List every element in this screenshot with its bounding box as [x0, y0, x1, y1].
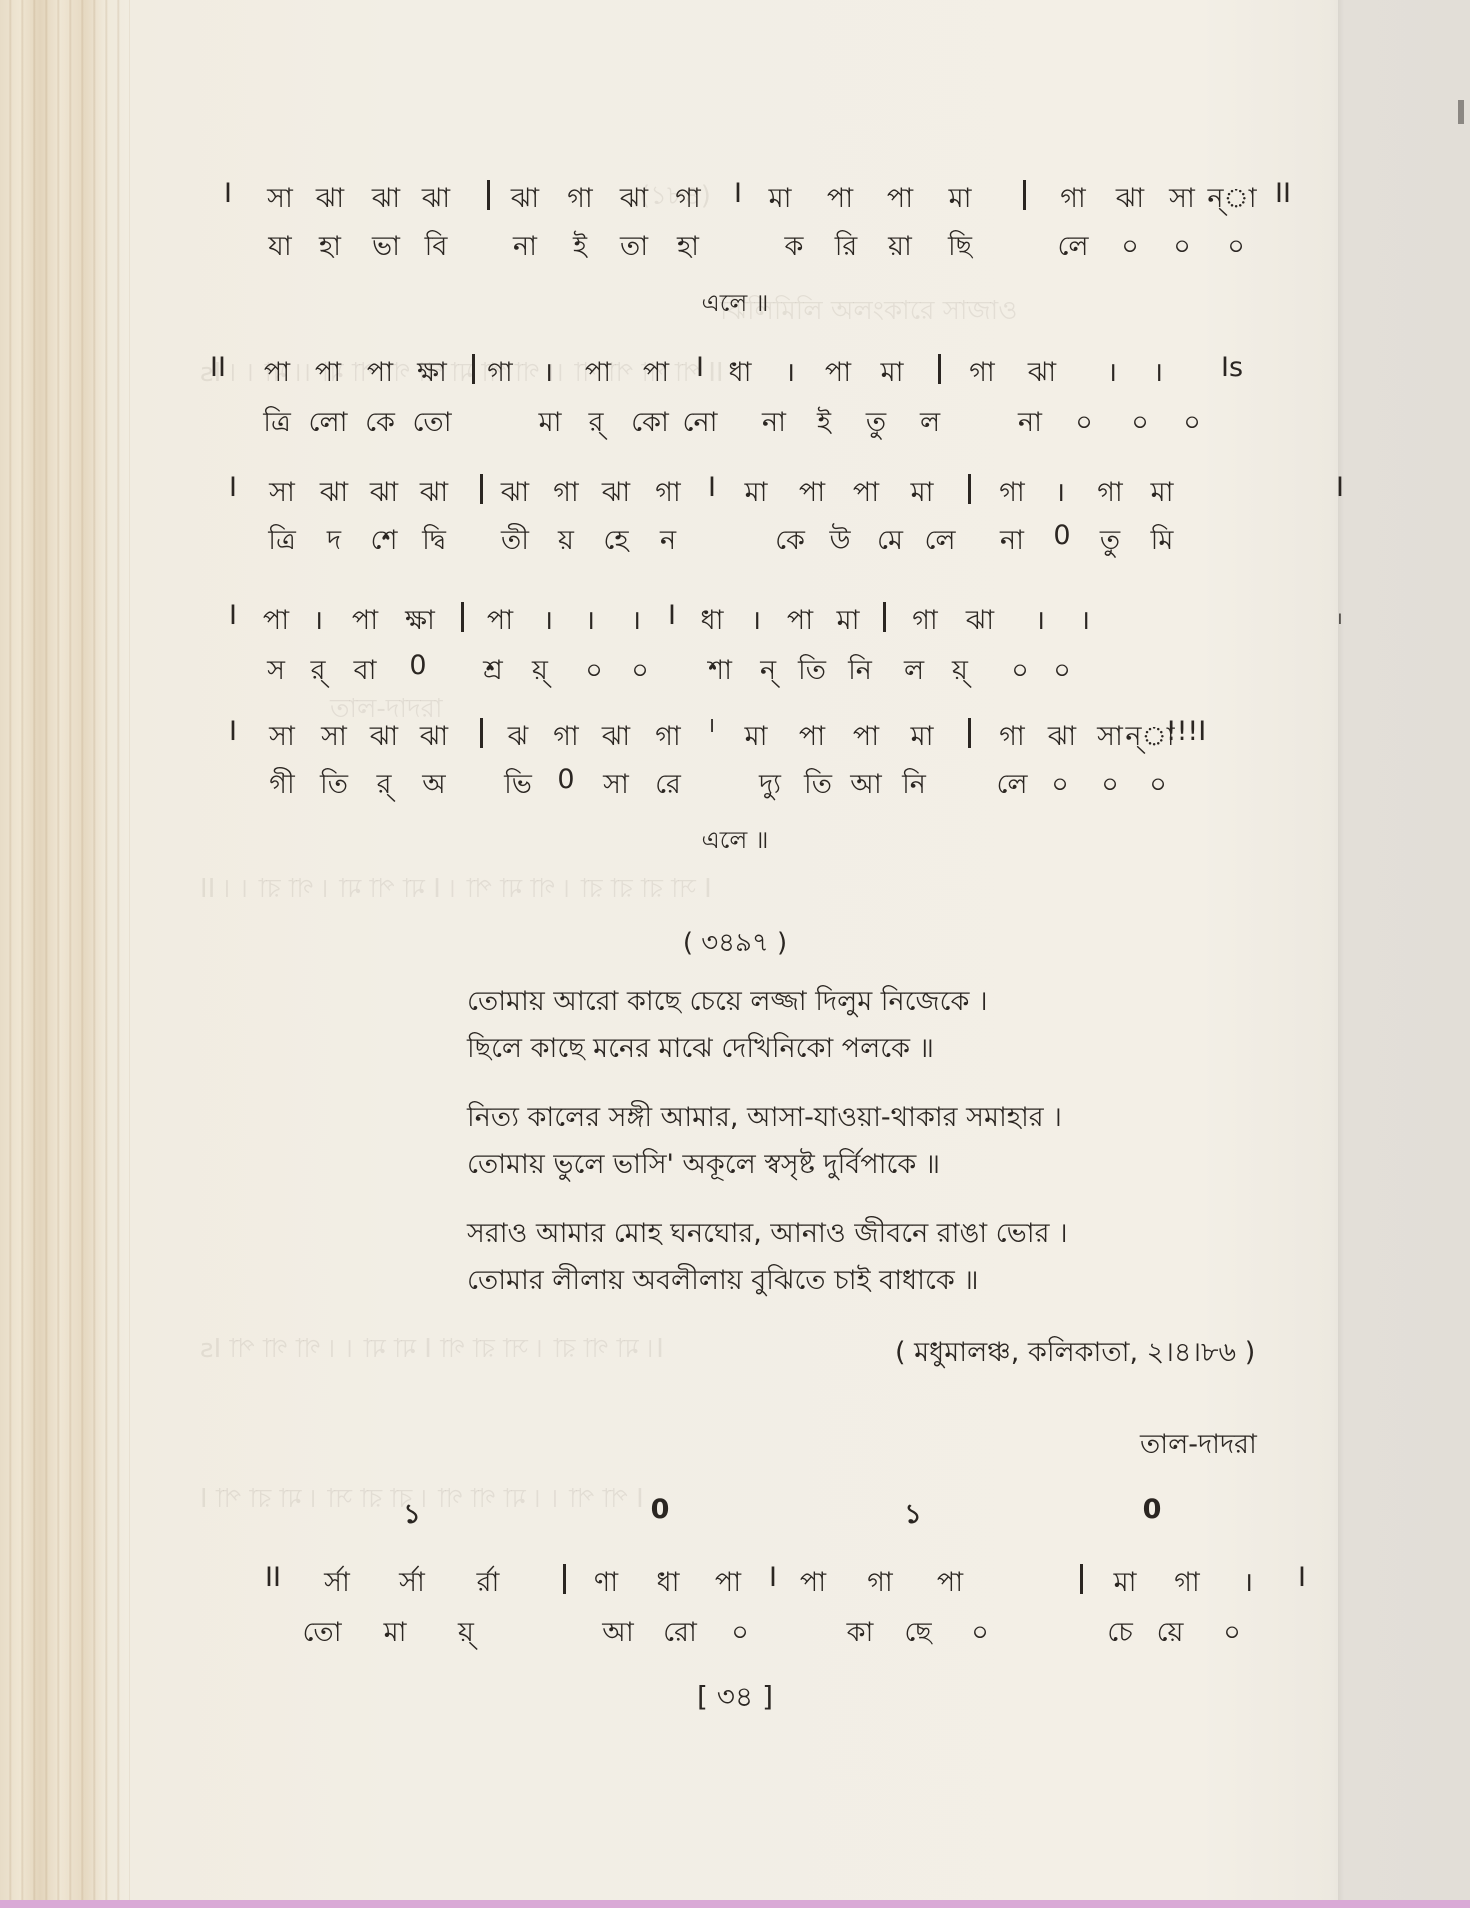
swara-note: ।: [631, 600, 641, 637]
swara-note: পা: [264, 352, 290, 397]
lyric-syllable: 0: [409, 650, 426, 681]
lyric-syllable: চে: [1107, 1612, 1133, 1657]
facing-page-mark: [1458, 100, 1464, 124]
beat-divider: [1023, 180, 1026, 210]
stanza: তোমায় আরো কাছে চেয়ে লজ্জা দিলুম নিজেকে…: [467, 983, 1068, 1077]
swara-note: সা: [321, 716, 347, 761]
lyric-syllable: তি: [804, 764, 832, 809]
lyric-syllable: ০: [1149, 764, 1167, 809]
lyric-syllable: কো: [631, 402, 669, 447]
lyric-row: তো মা য়্ আ রো ০ কা ছে ০ চে য়ে ০: [0, 1612, 1470, 1652]
lyric-line: ছিলে কাছে মনের মাঝে দেখিনিকো পলকে ॥: [467, 1030, 1068, 1077]
lyric-syllable: শ্র: [483, 650, 503, 695]
lyric-syllable: শা: [708, 650, 732, 695]
lyric-syllable: কে: [365, 402, 395, 447]
swara-note: ।: [585, 600, 595, 637]
beat-divider: [472, 354, 475, 384]
lyric-syllable: য়ে: [1157, 1612, 1184, 1657]
beat-divider: [480, 474, 483, 504]
lyric-syllable: নো: [683, 402, 718, 447]
lyric-syllable: না: [762, 402, 786, 447]
swara-note: ।: [313, 600, 323, 637]
swara-note: পা: [853, 716, 879, 761]
bar-marker: I: [696, 352, 704, 383]
bar-marker: !!!I: [1166, 716, 1206, 747]
beat-divider: [461, 602, 464, 632]
lyric-syllable: তি: [798, 650, 826, 695]
beat-divider: [487, 180, 490, 210]
composition-credit: ( মধুমালঞ্চ, কলিকাতা, ২।৪।৮৬ ): [895, 1332, 1255, 1377]
swara-note: পা: [263, 600, 289, 645]
lyric-syllable: 0: [557, 764, 574, 795]
bar-marker: I: [229, 600, 237, 631]
swara-note: র্রা: [477, 1562, 500, 1607]
taal-mark: 0: [651, 1494, 670, 1525]
swara-note: ঝা: [320, 472, 348, 517]
beat-divider: [1080, 1564, 1083, 1594]
lyric-line: নিত্য কালের সঙ্গী আমার, আসা-যাওয়া-থাকার…: [467, 1099, 1068, 1146]
lyric-syllable: উ: [829, 520, 850, 565]
lyric-syllable: শে: [371, 520, 398, 565]
lyric-syllable: ০: [1183, 402, 1201, 447]
swara-note: সা: [269, 472, 295, 517]
swara-note: ঝা: [501, 472, 529, 517]
lyric-row: গী তি র্ অ ভি 0 সা রে দ্যু তি আ নি লে ০ …: [0, 764, 1470, 804]
lyric-row: ত্রি দ শে দ্বি তী য় হে ন কে উ মে লে না …: [0, 520, 1470, 560]
swara-note: গা: [655, 716, 681, 761]
lyric-syllable: রো: [663, 1612, 697, 1657]
refrain-word: এলে ॥: [0, 285, 1470, 325]
stanza: সরাও আমার মোহ ঘনঘোর, আনাও জীবনে রাঙা ভোর…: [467, 1215, 1068, 1309]
lyric-syllable: ০: [971, 1612, 989, 1657]
lyric-syllable: ক: [785, 226, 804, 271]
lyric-syllable: ০: [1223, 1612, 1241, 1657]
lyric-syllable: ই: [817, 402, 831, 447]
lyric-syllable: র্: [377, 764, 392, 809]
swara-note: পা: [853, 472, 879, 517]
swara-note: ঝা: [966, 600, 994, 645]
swara-note: পা: [315, 352, 341, 397]
bar-marker: I: [709, 716, 714, 737]
lyric-syllable: য়্: [532, 650, 548, 695]
lyric-syllable: ০: [585, 650, 603, 695]
lyric-syllable: ০: [1101, 764, 1119, 809]
swara-note: ঝা: [420, 472, 448, 517]
bar-marker: I: [224, 178, 232, 209]
swara-note: গা: [553, 472, 579, 517]
lyric-syllable: লে: [924, 520, 955, 565]
swara-note: পা: [825, 352, 851, 397]
swara-note: পা: [827, 178, 853, 223]
swara-note: পা: [799, 716, 825, 761]
lyric-row: ত্রি লো কে তো মা র্ কো নো না ই তু ল না ০…: [0, 402, 1470, 442]
lyric-syllable: ০: [731, 1612, 749, 1657]
lyric-syllable: ই: [573, 226, 587, 271]
taal-mark: 0: [1143, 1494, 1162, 1525]
lyric-syllable: লে: [996, 764, 1027, 809]
swara-note: গা: [912, 600, 938, 645]
swara-note: গা: [675, 178, 701, 223]
lyric-line: তোমার লীলায় অবলীলায় বুঝিতে চাই বাধাকে …: [467, 1262, 1068, 1309]
swara-note: পা: [800, 1562, 826, 1607]
swara-note: ক্ষা: [405, 600, 435, 645]
bar-marker: Is: [1221, 352, 1243, 383]
swara-note: র্সা: [399, 1562, 425, 1607]
swara-note: পা: [715, 1562, 741, 1607]
page-number: [ ৩৪ ]: [0, 1675, 1470, 1722]
lyric-syllable: য়্: [952, 650, 968, 695]
swara-note: পা: [367, 352, 393, 397]
swara-note: ।: [1080, 600, 1090, 637]
swara-note: পা: [787, 600, 813, 645]
lyric-row: স র্ বা 0 শ্র য়্ ০ ০ শা ন্ তি নি ল য়্ …: [0, 650, 1470, 690]
lyric-syllable: ন্: [760, 650, 776, 695]
bleed-through-text: I সা রা রা রা । গা মা পা । I মা পা মা । …: [200, 868, 712, 912]
lyric-syllable: ০: [1051, 764, 1069, 809]
lyric-syllable: তু: [1100, 520, 1120, 565]
swara-note: ।: [785, 352, 795, 389]
scan-border: [0, 1900, 1470, 1908]
lyric-syllable: ল: [904, 650, 924, 695]
swara-note: মা: [881, 352, 904, 397]
swara-note: ।: [751, 600, 761, 637]
swara-note: গা: [867, 1562, 893, 1607]
taal-mark: ১: [904, 1494, 922, 1539]
swara-note: মা: [1151, 472, 1174, 517]
lyric-syllable: ভি: [504, 764, 532, 809]
swara-row: I সা ঝা ঝা ঝা ঝা গা ঝা গা I মা পা পা মা …: [0, 472, 1470, 512]
swara-note: মা: [769, 178, 792, 223]
swara-note: ।: [543, 600, 553, 637]
bar-marker: I: [668, 600, 676, 631]
lyric-syllable: কা: [847, 1612, 874, 1657]
swara-note: ঝা: [422, 178, 450, 223]
bar-marker: I: [708, 472, 716, 503]
lyric-syllable: র্: [311, 650, 326, 695]
lyric-syllable: ০: [631, 650, 649, 695]
swara-note: ।: [543, 352, 553, 389]
swara-note: ঝা: [602, 716, 630, 761]
lyric-syllable: ছি: [948, 226, 972, 271]
lyric-syllable: বি: [425, 226, 448, 271]
lyric-syllable: রি: [835, 226, 858, 271]
swara-note: ঝা: [370, 716, 398, 761]
swara-note: ঝা: [372, 178, 400, 223]
swara-note: পা: [937, 1562, 963, 1607]
lyric-syllable: মা: [384, 1612, 407, 1657]
taal-mark: ১: [403, 1494, 421, 1539]
swara-note: ক্ষা: [417, 352, 447, 397]
lyric-syllable: তি: [320, 764, 348, 809]
lyric-syllable: দ: [327, 520, 341, 565]
swara-note: ণা: [594, 1562, 618, 1607]
lyric-syllable: ভা: [372, 226, 400, 271]
lyric-syllable: ল: [920, 402, 940, 447]
swara-note: মা: [949, 178, 972, 223]
lyric-syllable: অ: [422, 764, 445, 809]
lyric-syllable: য়: [558, 520, 574, 565]
swara-note: ।: [1055, 472, 1065, 509]
swara-row: I সা ঝা ঝা ঝা ঝা গা ঝা গা I মা পা পা মা …: [0, 178, 1470, 218]
bleed-through-text: I। মা গা রা । সা রা গা I মা মা । । গা গা…: [200, 1328, 664, 1372]
lyric-syllable: সা: [603, 764, 629, 809]
stanza: নিত্য কালের সঙ্গী আমার, আসা-যাওয়া-থাকার…: [467, 1099, 1068, 1193]
lyric-syllable: স: [267, 650, 285, 695]
lyric-syllable: তী: [501, 520, 529, 565]
swara-note: ধা: [729, 352, 752, 397]
taal-label: তাল-দাদরা: [1140, 1424, 1257, 1469]
swara-note: পা: [643, 352, 669, 397]
lyric-syllable: ০: [1053, 650, 1071, 695]
song-number: ( ৩৪৯৭ ): [0, 922, 1470, 966]
bar-marker: I: [229, 716, 237, 747]
swara-note: সা: [1169, 178, 1195, 223]
swara-note: ।: [1243, 1562, 1253, 1599]
swara-note: পা: [487, 600, 513, 645]
lyric-syllable: তু: [866, 402, 886, 447]
lyric-syllable: হা: [677, 226, 699, 271]
swara-note: সা: [269, 716, 295, 761]
lyric-syllable: য়্: [458, 1612, 474, 1657]
swara-note: গা: [553, 716, 579, 761]
lyric-syllable: যা: [268, 226, 291, 271]
swara-note: ন্া: [1207, 178, 1256, 223]
swara-note: মা: [911, 472, 934, 517]
lyric-syllable: মা: [539, 402, 562, 447]
swara-row: I সা সা ঝা ঝা ঝ গা ঝা গা I মা পা পা মা গ…: [0, 716, 1470, 756]
swara-note: গা: [999, 716, 1025, 761]
lyric-syllable: ০: [1075, 402, 1093, 447]
lyric-syllable: লো: [309, 402, 348, 447]
swara-note: ঝা: [370, 472, 398, 517]
lyric-syllable: গী: [269, 764, 294, 809]
bar-marker: I: [1338, 612, 1342, 628]
lyric-syllable: কে: [775, 520, 805, 565]
lyric-syllable: ০: [1121, 226, 1139, 271]
swara-note: মা: [745, 472, 768, 517]
lyric-syllable: লে: [1057, 226, 1088, 271]
lyric-syllable: 0: [1053, 520, 1070, 551]
lyric-line: তোমায় আরো কাছে চেয়ে লজ্জা দিলুম নিজেকে…: [467, 983, 1068, 1030]
swara-note: ।: [1107, 352, 1117, 389]
lyric-syllable: ত্রি: [268, 520, 296, 565]
bar-marker: I: [734, 178, 742, 209]
swara-note: মা: [1114, 1562, 1137, 1607]
bar-marker: II: [1275, 178, 1291, 209]
lyric-syllable: ছে: [904, 1612, 931, 1657]
lyric-syllable: তো: [302, 1612, 341, 1657]
swara-row: II পা পা পা ক্ষা গা । পা পা I ধা । পা মা…: [0, 352, 1470, 392]
lyric-syllable: মি: [1151, 520, 1174, 565]
beat-divider: [968, 474, 971, 504]
lyric-syllable: মে: [877, 520, 903, 565]
taal-marks-row: ১ 0 ১ 0: [0, 1494, 1470, 1534]
swara-note: গা: [1174, 1562, 1200, 1607]
swara-note: গা: [1060, 178, 1086, 223]
swara-note: ।: [1153, 352, 1163, 389]
swara-note: র্সা: [324, 1562, 350, 1607]
lyric-row: যা হা ভা বি না ই তা হা ক রি য়া ছি লে ০ …: [0, 226, 1470, 266]
bar-marker: I: [1336, 472, 1344, 503]
swara-note: ।: [1035, 600, 1045, 637]
refrain-word: এলে ॥: [0, 822, 1470, 862]
lyric-syllable: হে: [603, 520, 628, 565]
swara-note: মা: [911, 716, 934, 761]
beat-divider: [563, 1564, 566, 1594]
beat-divider: [938, 354, 941, 384]
lyric-line: সরাও আমার মোহ ঘনঘোর, আনাও জীবনে রাঙা ভোর…: [467, 1215, 1068, 1262]
swara-note: পা: [799, 472, 825, 517]
lyric-syllable: ০: [1011, 650, 1029, 695]
swara-note: গা: [567, 178, 593, 223]
lyric-syllable: বা: [354, 650, 377, 695]
lyric-syllable: র্: [589, 402, 604, 447]
lyric-syllable: নি: [848, 650, 872, 695]
lyric-syllable: নি: [902, 764, 926, 809]
lyric-syllable: ০: [1173, 226, 1191, 271]
beat-divider: [968, 718, 971, 748]
beat-divider: [883, 602, 886, 632]
swara-row: I পা । পা ক্ষা পা । । । I ধা । পা মা গা …: [0, 600, 1470, 640]
lyric-syllable: হা: [319, 226, 341, 271]
swara-note: ঝা: [1028, 352, 1056, 397]
lyric-syllable: য়া: [888, 226, 912, 271]
lyric-line: তোমায় ভুলে ভাসি' অকূলে স্বসৃষ্ট দুর্বিপ…: [467, 1146, 1068, 1193]
swara-note: ঝা: [602, 472, 630, 517]
lyric-syllable: না: [1018, 402, 1042, 447]
song-lyrics: তোমায় আরো কাছে চেয়ে লজ্জা দিলুম নিজেকে…: [467, 983, 1068, 1331]
lyric-syllable: ত্রি: [263, 402, 291, 447]
bar-marker: II: [210, 352, 226, 383]
swara-note: মা: [837, 600, 860, 645]
bar-marker: II: [265, 1562, 281, 1593]
bar-marker: I: [229, 472, 237, 503]
lyric-syllable: তো: [412, 402, 451, 447]
swara-note: মা: [745, 716, 768, 761]
lyric-syllable: ০: [1131, 402, 1149, 447]
swara-note: গা: [487, 352, 513, 397]
swara-note: পা: [585, 352, 611, 397]
swara-note: ঝা: [1116, 178, 1144, 223]
bar-marker: I: [769, 1562, 777, 1593]
swara-note: ধা: [701, 600, 724, 645]
lyric-syllable: না: [513, 226, 537, 271]
lyric-syllable: দ্বি: [422, 520, 446, 565]
lyric-syllable: রে: [655, 764, 681, 809]
lyric-syllable: তা: [620, 226, 648, 271]
swara-note: পা: [352, 600, 378, 645]
swara-note: ঝা: [511, 178, 539, 223]
swara-note: গা: [969, 352, 995, 397]
swara-row: II র্সা র্সা র্রা ণা ধা পা I পা গা পা মা…: [0, 1562, 1470, 1602]
lyric-syllable: আ: [850, 764, 882, 809]
beat-divider: [480, 718, 483, 748]
swara-note: ধা: [657, 1562, 680, 1607]
swara-note: ঝ: [508, 716, 528, 761]
swara-note: সা: [1097, 716, 1123, 761]
lyric-syllable: না: [1000, 520, 1024, 565]
swara-note: পা: [887, 178, 913, 223]
lyric-syllable: ০: [1227, 226, 1245, 271]
lyric-syllable: আ: [602, 1612, 634, 1657]
lyric-syllable: ন: [660, 520, 676, 565]
swara-note: গা: [999, 472, 1025, 517]
swara-note: গা: [1097, 472, 1123, 517]
swara-note: ঝা: [316, 178, 344, 223]
swara-note: ঝা: [1048, 716, 1076, 761]
lyric-syllable: দ্যু: [759, 764, 781, 809]
swara-note: গা: [655, 472, 681, 517]
swara-note: ঝা: [420, 716, 448, 761]
swara-note: ঝা: [620, 178, 648, 223]
bar-marker: I: [1298, 1562, 1306, 1593]
swara-note: সা: [267, 178, 293, 223]
